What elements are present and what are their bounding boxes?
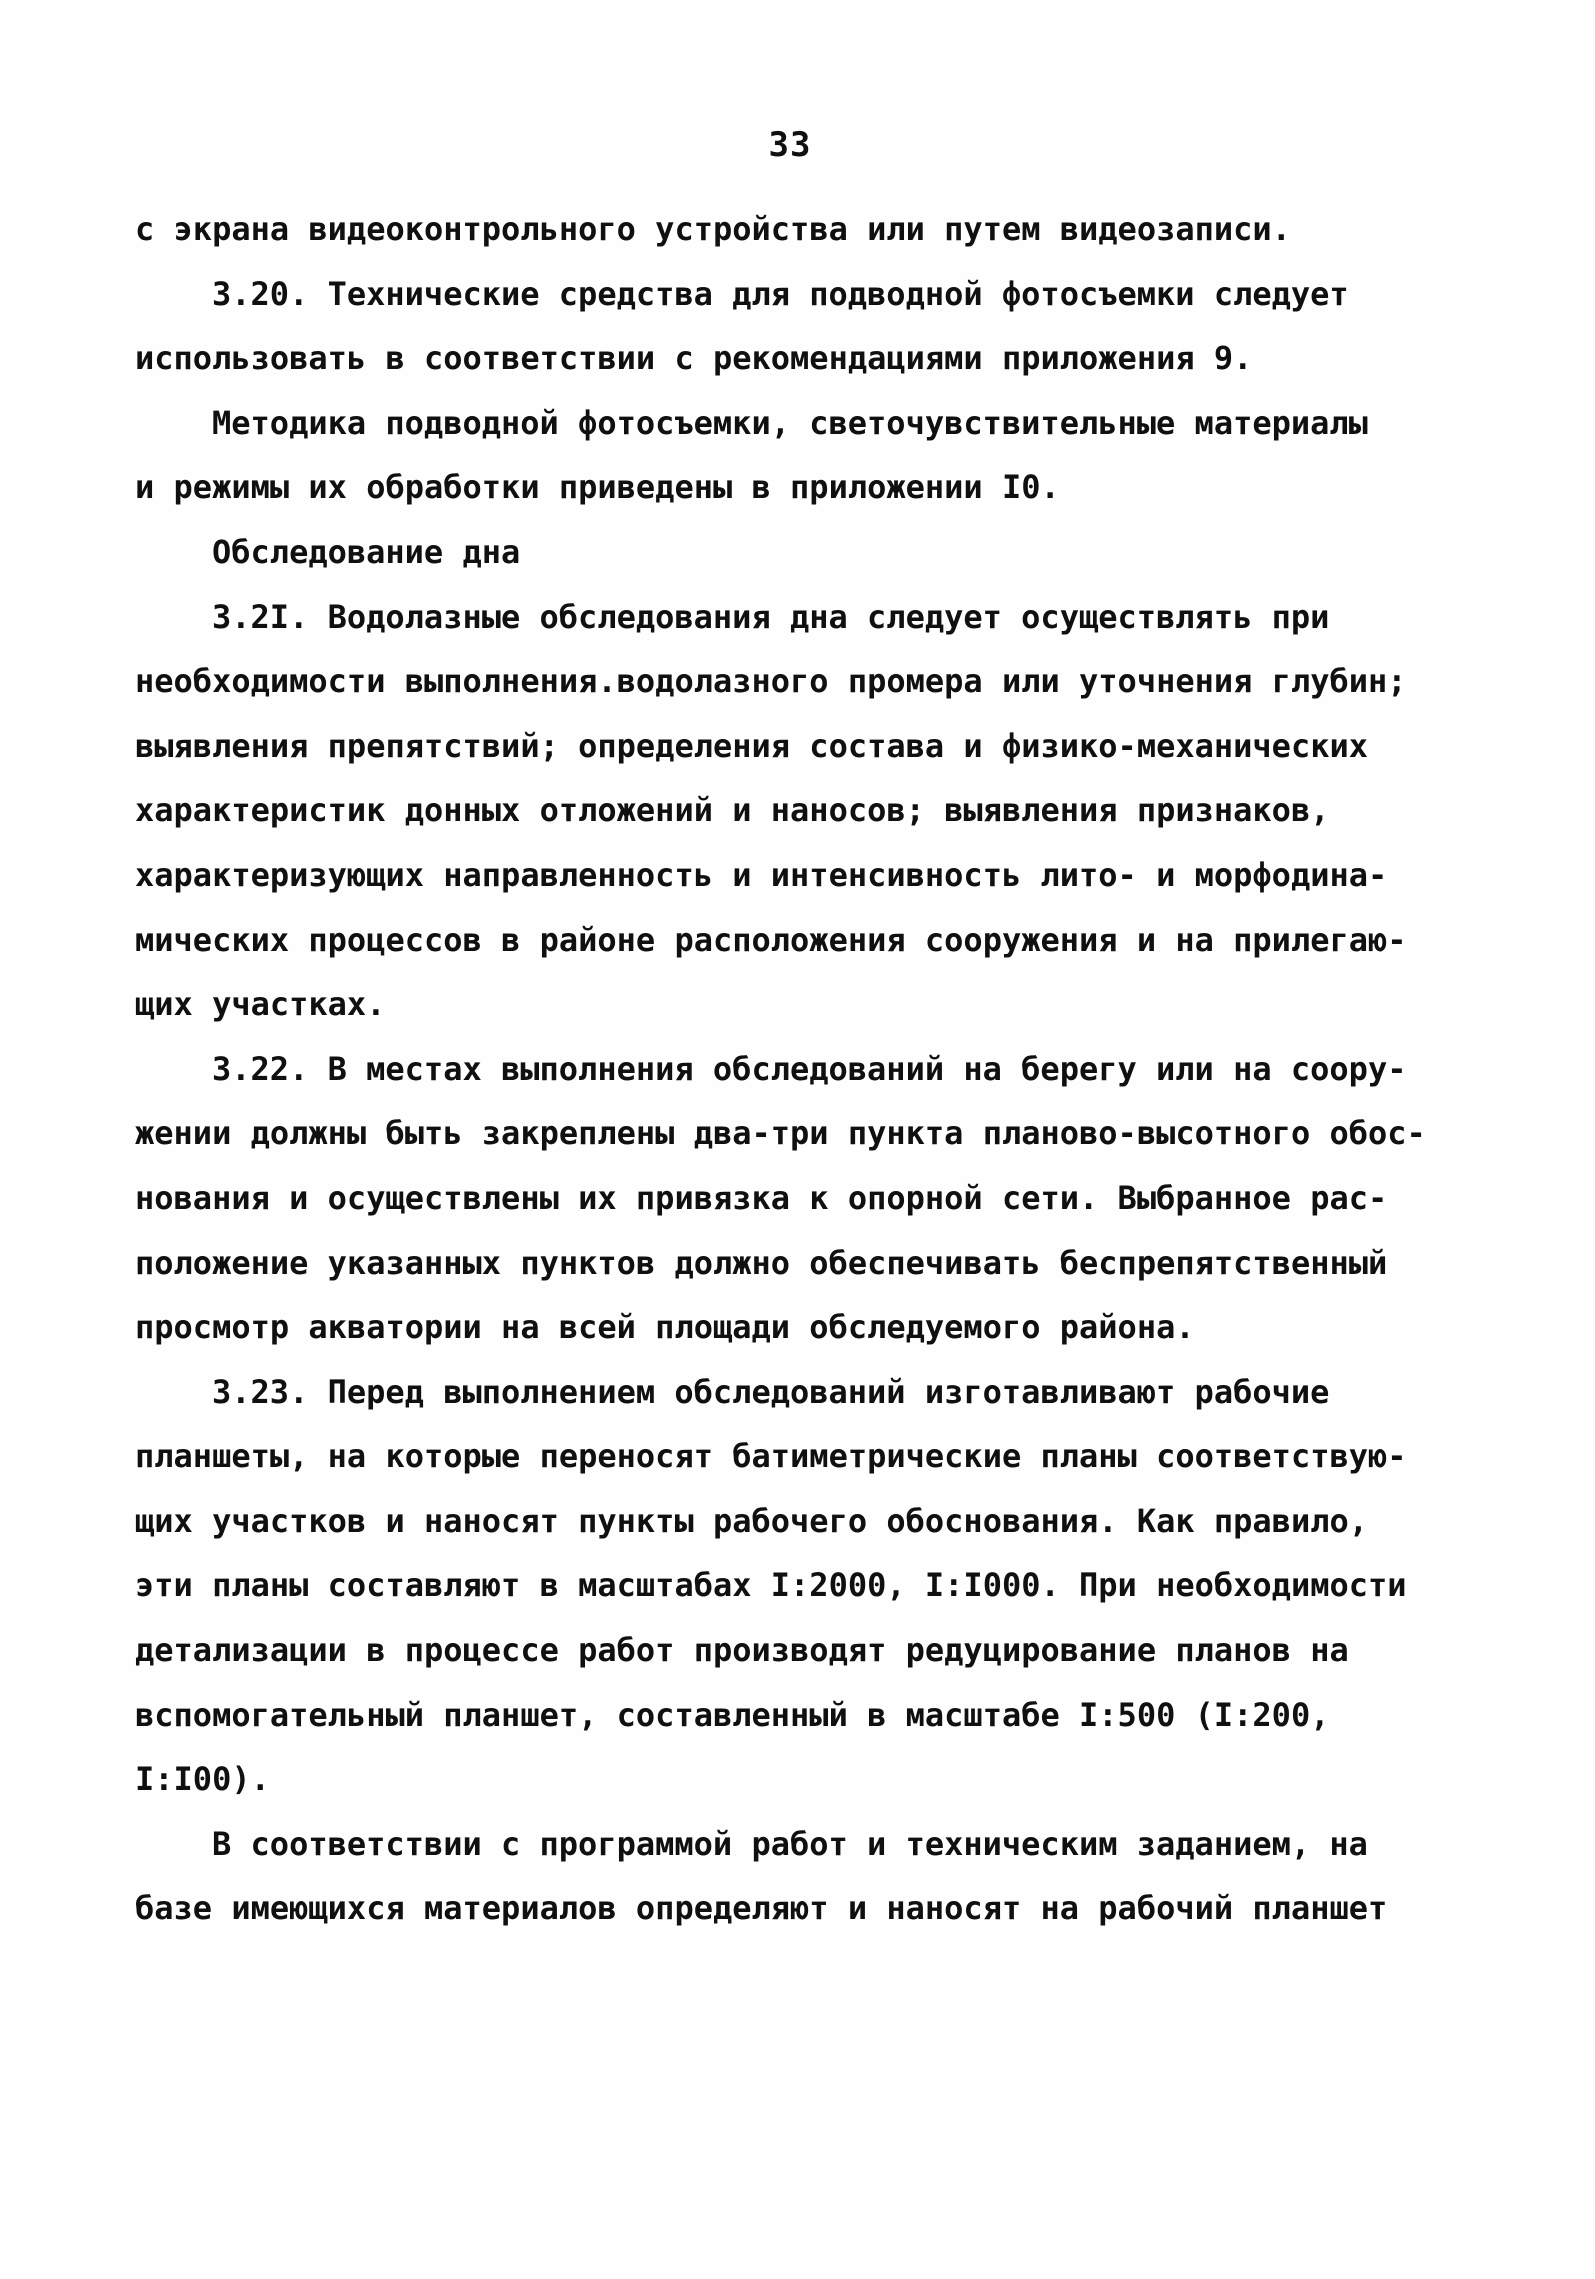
text-line: и режимы их обработки приведены в прилож… bbox=[135, 455, 1515, 520]
text-line: В соответствии с программой работ и техн… bbox=[135, 1812, 1515, 1877]
text-line: с экрана видеоконтрольного устройства ил… bbox=[135, 197, 1515, 262]
text-line: характеризующих направленность и интенси… bbox=[135, 843, 1515, 908]
text-line: использовать в соответствии с рекомендац… bbox=[135, 326, 1515, 391]
text-line: выявления препятствий; определения соста… bbox=[135, 714, 1515, 779]
text-line: просмотр акватории на всей площади обсле… bbox=[135, 1295, 1515, 1360]
page-number: 33 bbox=[135, 113, 1445, 178]
text-line: нования и осуществлены их привязка к опо… bbox=[135, 1166, 1515, 1231]
text-line: необходимости выполнения.водолазного про… bbox=[135, 649, 1515, 714]
text-line: планшеты, на которые переносят батиметри… bbox=[135, 1424, 1515, 1489]
text-line: I:I00). bbox=[135, 1747, 1515, 1812]
text-line: эти планы составляют в масштабах I:2000,… bbox=[135, 1553, 1515, 1618]
text-line-clause-3-20: 3.20. Технические средства для подводной… bbox=[135, 262, 1515, 327]
text-line: Методика подводной фотосъемки, светочувс… bbox=[135, 391, 1515, 456]
text-line: базе имеющихся материалов определяют и н… bbox=[135, 1876, 1515, 1941]
text-line-clause-3-22: 3.22. В местах выполнения обследований н… bbox=[135, 1037, 1515, 1102]
text-line: детализации в процессе работ производят … bbox=[135, 1618, 1515, 1683]
text-line: положение указанных пунктов должно обесп… bbox=[135, 1231, 1515, 1296]
text-line-clause-3-23: 3.23. Перед выполнением обследований изг… bbox=[135, 1360, 1515, 1425]
document-text-block: с экрана видеоконтрольного устройства ил… bbox=[135, 197, 1515, 1941]
text-line-clause-3-21: 3.2I. Водолазные обследования дна следуе… bbox=[135, 585, 1515, 650]
text-line: мических процессов в районе расположения… bbox=[135, 908, 1515, 973]
text-line: вспомогательный планшет, составленный в … bbox=[135, 1683, 1515, 1748]
text-line: жении должны быть закреплены два-три пун… bbox=[135, 1101, 1515, 1166]
section-subheading: Обследование дна bbox=[135, 520, 1515, 585]
text-line: щих участков и наносят пункты рабочего о… bbox=[135, 1489, 1515, 1554]
document-page: 33 с экрана видеоконтрольного устройства… bbox=[0, 0, 1595, 2279]
text-line: характеристик донных отложений и наносов… bbox=[135, 778, 1515, 843]
text-line: щих участках. bbox=[135, 972, 1515, 1037]
